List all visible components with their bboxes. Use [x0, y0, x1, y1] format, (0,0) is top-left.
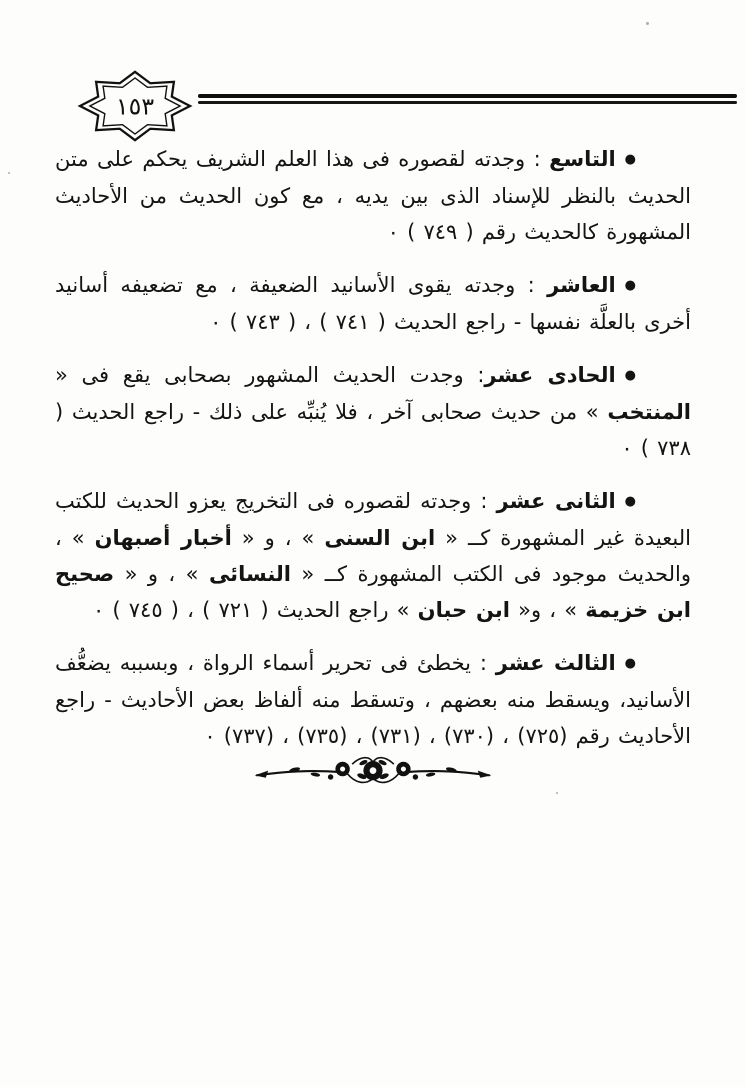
paragraph-ninth: ●التاسع : وجدته لقصوره فى هذا العلم الشر… [55, 141, 691, 250]
star-ornament-icon: ١٥٣ [76, 69, 194, 143]
header-rule [198, 94, 737, 104]
paragraph-text: » من حديث صحابى آخر ، فلا يُنبِّه على ذل… [55, 400, 691, 460]
scan-speckle [556, 792, 558, 794]
ordinal-term: الحادى عشر [484, 363, 615, 387]
scan-speckle [8, 172, 10, 174]
floral-divider-icon [253, 751, 493, 795]
bullet-icon: ● [625, 268, 636, 304]
paragraph-text: : وجدت الحديث المشهور بصحابى يقع فى « [55, 363, 484, 387]
bullet-icon: ● [625, 646, 636, 682]
header-rule-bottom [198, 101, 737, 104]
ordinal-term: الثانى عشر [497, 489, 616, 513]
page-number: ١٥٣ [116, 93, 154, 121]
paragraph-twelfth: ●الثانى عشر : وجدته لقصوره فى التخريج يع… [55, 483, 691, 628]
page-body: ●التاسع : وجدته لقصوره فى هذا العلم الشر… [55, 141, 691, 771]
bullet-icon: ● [625, 142, 636, 178]
book-name-almuntakhab: المنتخب [607, 400, 691, 424]
page-number-badge: ١٥٣ [76, 69, 194, 143]
book-name-ibn-alsunni: ابن السنى [324, 526, 435, 550]
header-rule-top [198, 94, 737, 98]
ordinal-term: العاشر [547, 273, 616, 297]
ordinal-term: الثالث عشر [496, 651, 616, 675]
paragraph-eleventh: ●الحادى عشر: وجدت الحديث المشهور بصحابى … [55, 357, 691, 466]
paragraph-tenth: ●العاشر : وجدته يقوى الأسانيد الضعيفة ، … [55, 267, 691, 340]
paragraph-text: » ، و « [114, 562, 209, 586]
bullet-icon: ● [625, 484, 636, 520]
paragraph-text: » ، و « [232, 526, 325, 550]
book-name-ibn-hibban: ابن حبان [418, 598, 510, 622]
paragraph-text: » ، و« [510, 598, 585, 622]
bullet-icon: ● [625, 358, 636, 394]
ordinal-term: التاسع [549, 147, 616, 171]
book-name-akhbar-asbahan: أخبار أصبهان [95, 526, 232, 550]
paragraph-thirteenth: ●الثالث عشر : يخطئ فى تحرير أسماء الرواة… [55, 645, 691, 754]
book-name-alnasai: النسائى [209, 562, 291, 586]
book-page: ١٥٣ ●التاسع : وجدته لقصوره فى هذا العلم … [0, 0, 746, 1087]
paragraph-text: » راجع الحديث ( ٧٢١ ) ، ( ٧٤٥ ) ٠ [93, 598, 418, 622]
scan-speckle [646, 22, 649, 25]
